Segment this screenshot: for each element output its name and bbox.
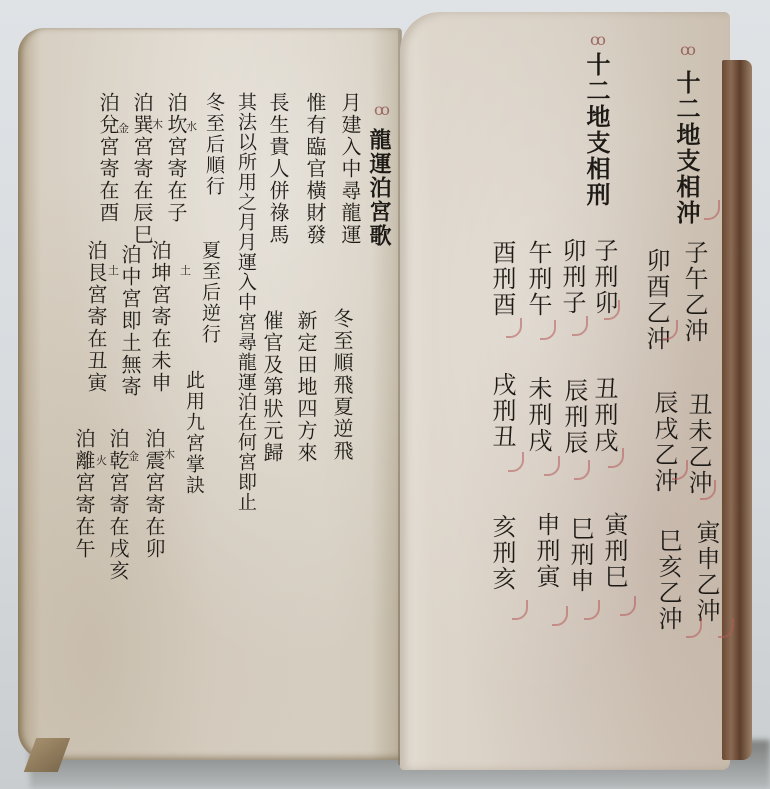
- clash-entry: 巳亥乙沖: [656, 528, 680, 632]
- punish-entry: 寅刑巳: [602, 512, 626, 590]
- palace-entry-gen: 泊艮宮寄在丑寅: [86, 240, 106, 394]
- verse-column-5: 冬至后順行: [204, 92, 223, 197]
- punish-entry: 亥刑亥: [490, 514, 514, 592]
- clash-entry: 子午乙沖: [682, 240, 706, 344]
- element-note: 木: [164, 446, 175, 462]
- element-note: 土: [180, 262, 191, 278]
- element-note: 金: [128, 448, 139, 464]
- verse-column-1: 月建入中尋龍運: [340, 92, 360, 246]
- element-note: 土: [108, 262, 119, 278]
- palace-entry-dui: 泊兌宮寄在酉: [98, 92, 118, 224]
- palace-entry-kun: 泊坤宮寄在未申: [150, 240, 170, 394]
- palace-entry-zhong: 泊中宮即土無寄: [120, 244, 140, 398]
- element-note: 水: [186, 118, 197, 134]
- verse-column-4: 其法以所用之月月運入中宮尋龍運泊在何宮即止: [236, 92, 255, 512]
- palace-entry-li: 泊離宮寄在午: [74, 428, 94, 560]
- punish-entry: 戌刑丑: [490, 372, 514, 450]
- red-mark: ꝏ: [590, 30, 606, 49]
- verse-column-6: 夏至后逆行: [200, 240, 219, 345]
- clash-entry: 寅申乙沖: [694, 520, 718, 624]
- palace-entry-kan: 泊坎宮寄在子: [166, 92, 186, 224]
- verse-column-7: 此用九宮掌訣: [184, 370, 203, 496]
- element-note: 木: [152, 116, 163, 132]
- page-stack-edge: [722, 60, 752, 760]
- punish-entry: 巳刑申: [568, 516, 592, 594]
- punish-entry: 申刑寅: [534, 512, 558, 590]
- verse-column-2: 惟有臨官橫財發: [305, 92, 325, 246]
- red-mark: ꝏ: [680, 40, 696, 59]
- punish-entry: 丑刑戌: [592, 376, 616, 454]
- verse-column-10: 催官及第狀元歸: [262, 310, 282, 464]
- punish-entry: 酉刑酉: [490, 240, 514, 318]
- punish-entry: 未刑戌: [526, 376, 550, 454]
- verse-column-9: 新定田地四方來: [296, 310, 316, 464]
- left-page-title: 龍運泊宮歌: [368, 128, 390, 248]
- punish-entry: 午刑午: [526, 240, 550, 318]
- punish-section-title: 十二地支相刑: [584, 52, 608, 208]
- verse-column-3: 長生貴人併祿馬: [268, 92, 288, 246]
- red-mark: ꝏ: [374, 100, 390, 119]
- palace-entry-qian: 泊乾宮寄在戌亥: [108, 428, 128, 582]
- verse-column-8: 冬至順飛夏逆飛: [332, 308, 352, 462]
- palace-entry-xun: 泊巽宮寄在辰巳: [132, 92, 152, 246]
- clash-section-title: 十二地支相沖: [674, 70, 698, 226]
- element-note: 火: [96, 452, 107, 468]
- punish-entry: 卯刑子: [560, 238, 584, 316]
- palace-entry-zhen: 泊震宮寄在卯: [144, 428, 164, 560]
- element-note: 金: [118, 120, 129, 136]
- punish-entry: 辰刑辰: [562, 378, 586, 456]
